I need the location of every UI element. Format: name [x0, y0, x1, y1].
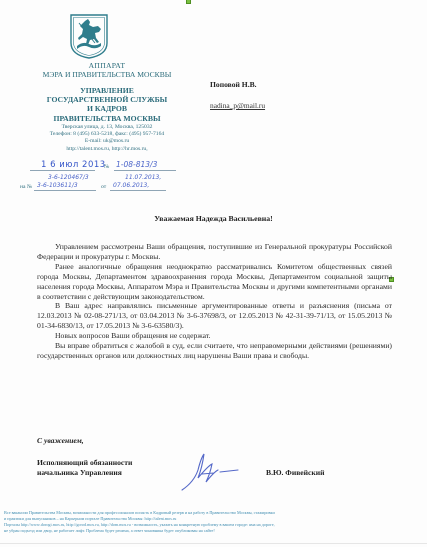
footer-notice: Все вакансии Правительства Москвы, возмо… [4, 510, 354, 534]
department-line: И КАДРОВ [0, 104, 214, 113]
letter-page: АППАРАТ МЭРА И ПРАВИТЕЛЬСТВА МОСКВЫ УПРА… [0, 0, 427, 547]
reference-number-2: 3-6-103611/3 [37, 182, 78, 189]
regards: С уважением, [37, 436, 84, 445]
number-label: № [104, 164, 109, 170]
phone-line: Телефон: 8 (495) 633-5218, факс: (495) 9… [0, 131, 214, 138]
date-stamp: 1 6 июл 2013 [41, 160, 106, 170]
body-paragraph: Новых вопросов Ваши обращения не содержа… [37, 331, 392, 341]
outgoing-number: 1-08-813/3 [116, 160, 157, 169]
websites-line: http://talent.mos.ru, http://hr.mos.ru, [0, 146, 214, 153]
body-paragraph: Вы вправе обратиться с жалобой в суд, ес… [37, 341, 392, 361]
footer-line: не убран подъезд или двор, не работает л… [4, 528, 354, 534]
org-line-2: МЭРА И ПРАВИТЕЛЬСТВА МОСКВЫ [0, 70, 214, 79]
department-line: ПРАВИТЕЛЬСТВА МОСКВЫ [0, 114, 214, 123]
footer-divider [0, 543, 427, 544]
letter-body: Управлением рассмотрены Ваши обращения, … [37, 242, 392, 361]
signer-title-line: Исполняющий обязанности [37, 458, 132, 468]
reference-date-2: 07.06.2013, [113, 182, 149, 189]
reference-prefix: на № [20, 184, 32, 190]
body-paragraph: Управлением рассмотрены Ваши обращения, … [37, 242, 392, 262]
reference-date-1: 11.07.2013, [125, 174, 161, 181]
reference-underline [34, 190, 96, 191]
signer-name: В.Ю. Фивейский [266, 468, 325, 477]
contact-block: Тверская улица, д. 13, Москва, 125032 Те… [0, 124, 214, 153]
org-line-1: АППАРАТ [0, 61, 214, 70]
email-line: E-mail: uk@mos.ru [0, 138, 214, 145]
selection-handle-top[interactable] [186, 0, 191, 4]
reference-number-1: 3-6-120467/3 [48, 174, 89, 181]
department-line: УПРАВЛЕНИЕ [0, 86, 214, 95]
signer-title-line: начальника Управления [37, 468, 132, 478]
body-paragraph: В Ваш адрес направлялись письменные аргу… [37, 301, 392, 331]
salutation: Уважаемая Надежда Васильевна! [0, 214, 427, 223]
recipient-name: Поповой Н.В. [210, 80, 257, 89]
reference-date-underline [110, 190, 166, 191]
recipient-email[interactable]: nadina_p@mail.ru [210, 101, 265, 110]
number-underline [114, 170, 176, 171]
reference-from-label: от [101, 184, 106, 190]
department-line: ГОСУДАРСТВЕННОЙ СЛУЖБЫ [0, 95, 214, 104]
signer-title: Исполняющий обязанности начальника Управ… [37, 458, 132, 478]
handwritten-signature-icon [168, 448, 248, 494]
body-paragraph: Ранее аналогичные обращения неоднократно… [37, 262, 392, 302]
department-name: УПРАВЛЕНИЕ ГОСУДАРСТВЕННОЙ СЛУЖБЫ И КАДР… [0, 86, 214, 123]
moscow-coat-of-arms-icon [69, 13, 109, 59]
date-underline [30, 170, 95, 171]
